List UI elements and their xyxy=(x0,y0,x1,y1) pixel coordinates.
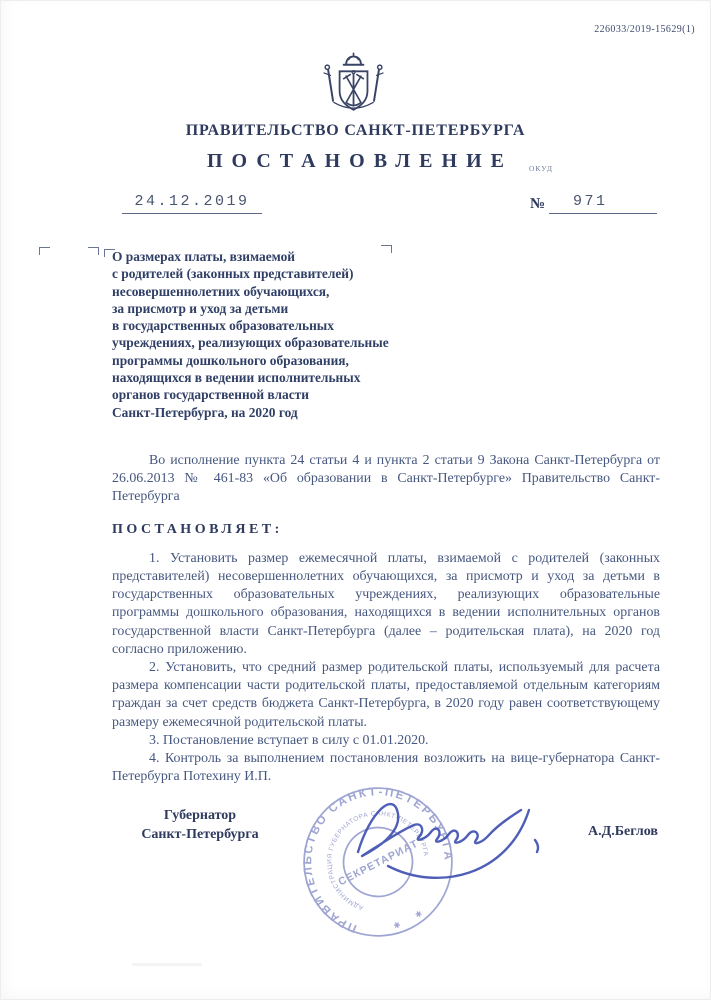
subject-line: учреждениях, реализующих образовательные xyxy=(112,334,412,351)
okud-label: ОКУД xyxy=(529,164,553,173)
handwritten-signature xyxy=(330,776,570,886)
subject-line: находящихся в ведении исполнительных xyxy=(112,369,412,386)
stamp-star-icon: ✱ xyxy=(392,920,402,931)
body-intro: Во исполнение пункта 24 статьи 4 и пункт… xyxy=(112,452,660,507)
subject-line: в государственных образовательных xyxy=(112,317,412,334)
corner-mark xyxy=(88,247,99,255)
number-sign: № xyxy=(530,196,545,213)
subject-line: О размерах платы, взимаемой xyxy=(112,248,412,265)
coat-of-arms-icon xyxy=(312,50,394,118)
document-body: Во исполнение пункта 24 статьи 4 и пункт… xyxy=(112,452,660,786)
body-item: 1. Установить размер ежемесячной платы, … xyxy=(112,550,660,659)
signer-name: А.Д.Беглов xyxy=(588,824,658,840)
subject-line: органов государственной власти xyxy=(112,386,412,403)
organization-name: ПРАВИТЕЛЬСТВО САНКТ-ПЕТЕРБУРГА xyxy=(0,122,711,140)
signer-title-line: Санкт-Петербурга xyxy=(120,825,280,844)
resolution-heading: ПОСТАНОВЛЯЕТ: xyxy=(112,521,660,539)
subject-line: за присмотр и уход за детьми xyxy=(112,300,412,317)
document-date: 24.12.2019 xyxy=(122,193,262,214)
document-number: 971 xyxy=(549,193,657,214)
subject-line: программы дошкольного образования, xyxy=(112,352,412,369)
subject-line: несовершеннолетних обучающихся, xyxy=(112,283,412,300)
signer-title: Губернатор Санкт-Петербурга xyxy=(120,806,280,844)
subject-line: с родителей (законных представителей) xyxy=(112,265,412,282)
body-item: 2. Установить, что средний размер родите… xyxy=(112,659,660,732)
body-item: 3. Постановление вступает в силу с 01.01… xyxy=(112,732,660,750)
stamp-star-icon: ✱ xyxy=(414,909,424,920)
document-type-title: ПОСТАНОВЛЕНИЕ xyxy=(0,150,711,173)
subject-line: Санкт-Петербурга, на 2020 год xyxy=(112,404,412,421)
signer-title-line: Губернатор xyxy=(120,806,280,825)
corner-mark xyxy=(39,247,50,255)
reference-number: 226033/2019-15629(1) xyxy=(594,24,695,35)
scan-artifact xyxy=(132,963,202,966)
document-page: 226033/2019-15629(1) xyxy=(0,0,711,1000)
document-subject: О размерах платы, взимаемой с родителей … xyxy=(112,248,412,421)
